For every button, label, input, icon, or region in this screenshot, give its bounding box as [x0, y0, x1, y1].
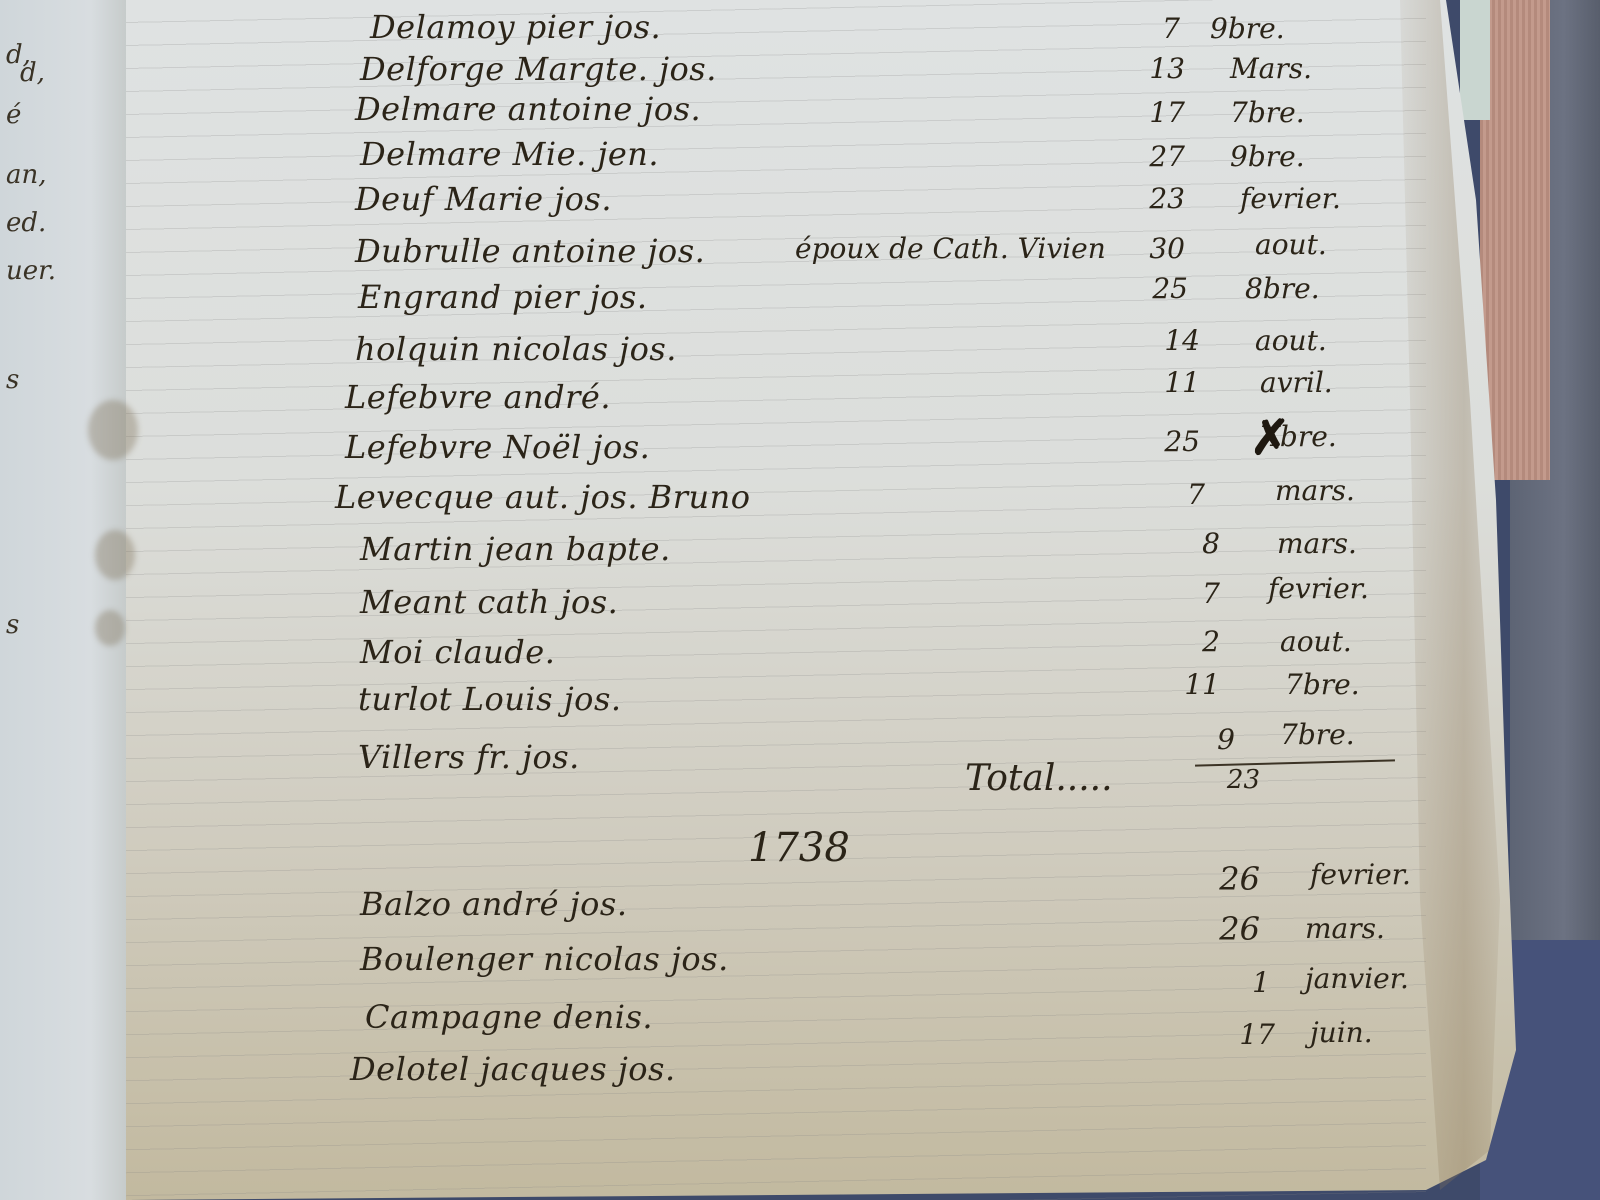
left-page-fragment: uer. [6, 256, 56, 286]
entry-note: époux de Cath. Vivien [795, 232, 1106, 265]
entry-month: fevrier. [1268, 572, 1369, 605]
entry-month: 8bre. [1245, 272, 1320, 305]
left-page-fragment: s [6, 610, 19, 640]
entry-month: mars. [1277, 527, 1357, 560]
entry-day: 11 [1140, 366, 1200, 399]
total-value: 23 [1200, 765, 1260, 795]
entry-month: 9bre. [1210, 12, 1285, 45]
entry-day: 1 [1210, 966, 1270, 999]
entry-name: Meant cath jos. [360, 583, 618, 621]
background-strip [1460, 0, 1490, 120]
entry-day: 14 [1140, 324, 1200, 357]
entry-month: avril. [1260, 366, 1333, 399]
entry-day: 2 [1160, 625, 1220, 658]
entry-name: holquin nicolas jos. [355, 330, 677, 368]
entry-name: Delmare Mie. jen. [360, 135, 659, 173]
entry-name: Villers fr. jos. [358, 738, 580, 776]
entry-name: Lefebvre andré. [345, 378, 611, 416]
entry-name: Delamoy pier jos. [370, 8, 661, 46]
entry-day: 7 [1160, 577, 1220, 610]
entry-day: 25 [1128, 272, 1188, 305]
entry-day: 7 [1145, 478, 1205, 511]
left-page-fragment: ed. [6, 208, 46, 238]
entry-day: 25 [1140, 425, 1200, 458]
entry-month: fevrier. [1310, 858, 1411, 891]
entry-name: Delforge Margte. jos. [360, 50, 717, 88]
entry-name: Delotel jacques jos. [350, 1050, 676, 1088]
entry-day: 9 [1175, 723, 1235, 756]
entry-day: 23 [1125, 182, 1185, 215]
entry-day: 11 [1160, 668, 1220, 701]
entry-name: Lefebvre Noël jos. [345, 428, 650, 466]
entry-name: Campagne denis. [365, 998, 653, 1036]
entry-month: aout. [1280, 625, 1352, 658]
entry-month: mars. [1305, 912, 1385, 945]
entry-month: mars. [1275, 474, 1355, 507]
entry-name: Dubrulle antoine jos. [355, 232, 705, 270]
entry-month: janvier. [1305, 962, 1409, 995]
year-heading: 1738 [748, 825, 850, 871]
entry-month: aout. [1255, 324, 1327, 357]
entry-day: 13 [1125, 52, 1185, 85]
entry-month: Mars. [1230, 52, 1312, 85]
entry-month: 7bre. [1285, 668, 1360, 701]
entry-day: 8 [1160, 527, 1220, 560]
entry-name: Deuf Marie jos. [355, 180, 612, 218]
ink-stain [95, 530, 135, 580]
entry-month: aout. [1255, 228, 1327, 261]
entry-month: 9bre. [1230, 140, 1305, 173]
entry-name: Martin jean bapte. [360, 530, 671, 568]
entry-day: 17 [1215, 1018, 1275, 1051]
entry-month: 7bre. [1280, 718, 1355, 751]
left-page: d, d, é an, ed. uer. s s [0, 0, 132, 1200]
entry-name: Balzo andré jos. [360, 885, 627, 923]
entry-name: Boulenger nicolas jos. [360, 940, 729, 978]
total-label: Total..... [965, 758, 1113, 799]
entry-day: 27 [1125, 140, 1185, 173]
entry-name: turlot Louis jos. [358, 680, 622, 718]
entry-name: Moi claude. [360, 633, 555, 671]
left-page-fragment: d, [20, 58, 45, 88]
entry-month: juin. [1310, 1016, 1373, 1049]
entry-day: 26 [1200, 860, 1260, 898]
entry-name: Delmare antoine jos. [355, 90, 701, 128]
left-page-fragment: s [6, 365, 19, 395]
ink-stain [95, 610, 125, 646]
entry-day: 30 [1125, 232, 1185, 265]
entry-name: Levecque aut. jos. Bruno [335, 478, 750, 516]
entry-month: 7bre. [1230, 96, 1305, 129]
left-page-fragment: é [6, 100, 21, 130]
entry-day: 17 [1125, 96, 1185, 129]
ink-stain [88, 400, 138, 460]
entry-month: fevrier. [1240, 182, 1341, 215]
entry-day: 7 [1120, 12, 1180, 45]
book-binding-cloth [1480, 0, 1550, 480]
left-page-fragment: an, [6, 160, 47, 190]
cross-mark-icon: ✗ [1250, 410, 1290, 466]
entry-day: 26 [1200, 910, 1260, 948]
entry-name: Engrand pier jos. [358, 278, 648, 316]
